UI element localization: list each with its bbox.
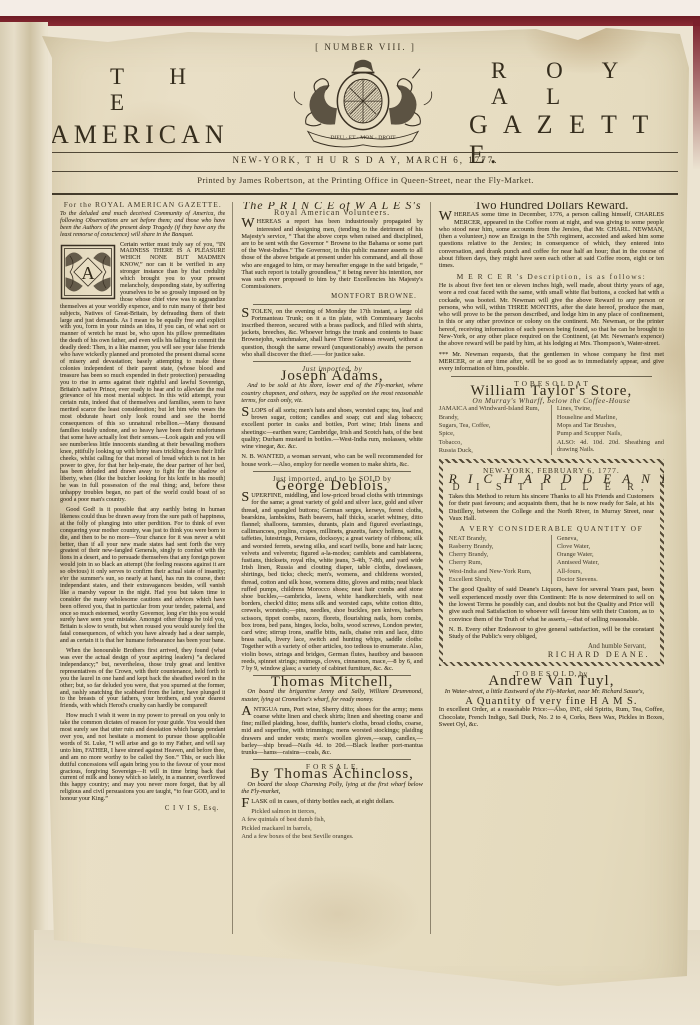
list-item: Russia Duck, [439, 447, 546, 454]
list-item: Brandy, [439, 414, 546, 421]
book-spine [0, 22, 48, 1025]
advertiser-trade: D I S T I L L E R, [449, 484, 654, 491]
list-item: Sugars, Tea, Coffee, [439, 422, 546, 429]
reward-paragraph: He is about five feet ten or eleven inch… [439, 282, 664, 348]
ad-closing-signature: RICHARD DEANE. [449, 651, 650, 658]
woodcut-initial-A-icon: A [60, 244, 116, 300]
bordered-advertisement: NEW-YORK, FEBRUARY 6, 1777. R I C H A R … [439, 459, 664, 666]
scan-background-strip [0, 0, 700, 16]
drop-cap: F [241, 798, 251, 810]
advertiser-name: William Taylor's Store, [439, 388, 664, 395]
ad-intro: On board the sloop Charming Polly, lying… [241, 781, 422, 795]
section-rule [253, 361, 410, 362]
title-royal: R O Y A L [491, 58, 683, 110]
drop-cap: S [241, 407, 251, 419]
column-right: Two Hundred Dollars Reward. WHEREAS some… [430, 202, 664, 934]
list-item: ALSO: 4d. 10d. 20d. Sheathing and drawin… [557, 439, 664, 454]
newspaper-page: [ NUMBER VIII. ] T H E AMERICAN [38, 24, 693, 1014]
liquor-list-right: Geneva,Clove Water,Orange Water,Anniseed… [551, 535, 654, 585]
list-item: Pump and Scupper Nails, [557, 430, 664, 437]
paragraph-text: HEREAS a report has been industriously p… [241, 218, 422, 290]
ad-body: SLOPS of all sorts; men's hats and shoes… [241, 407, 422, 450]
paragraph-text: LOPS of all sorts; men's hats and shoes,… [241, 407, 422, 450]
article-paragraph: How much I wish it were in my power to p… [60, 713, 225, 803]
list-item: Tobacco, [439, 439, 546, 446]
goods-list: JAMAICA and Windward-Island Rum,Brandy,S… [439, 405, 664, 455]
list-item: Cherry Brandy, [449, 551, 546, 558]
masthead-left: T H E AMERICAN [48, 56, 263, 150]
advertiser-name: R I C H A R D D E A N E, [449, 475, 654, 482]
list-item: Doctor Stevens. [557, 576, 654, 583]
paragraph-text: HEREAS some time in December, 1776, a pe… [439, 211, 664, 269]
masthead: T H E AMERICAN [48, 56, 683, 150]
ad-intro: In Water-street, a little Eastward of th… [439, 688, 664, 695]
advertiser-name: George Deblois, [241, 483, 422, 490]
section-rule [253, 471, 410, 472]
column-left: For the ROYAL AMERICAN GAZETTE. To the d… [60, 202, 225, 934]
ad-item-list: Pickled salmon in tierces,A few quintals… [241, 808, 422, 840]
book-cover-edge [0, 16, 700, 26]
list-item: Spice, [439, 430, 546, 437]
list-item: Anniseed Water, [557, 559, 654, 566]
ad-nb: N. B. Every other Endeavour to give gene… [449, 626, 654, 641]
masthead-crest: DIEU · ET · MON · DROIT [263, 56, 463, 150]
paragraph-text: UPERFINE, middling, and low-priced broad… [241, 492, 422, 672]
list-item: Clove Water, [557, 543, 654, 550]
notice-paragraph: WHEREAS a report has been industriously … [241, 218, 422, 290]
list-item: Geneva, [557, 535, 654, 542]
paragraph-text: In excellent Order, at a reasonable Pric… [439, 706, 664, 728]
drop-cap: S [241, 308, 251, 320]
list-item: And a few boxes of the best Seville oran… [241, 833, 422, 840]
article-paragraph: When the honourable Brothers first arriv… [60, 648, 225, 710]
drop-cap: W [439, 211, 454, 223]
svg-text:DIEU · ET · MON · DROIT: DIEU · ET · MON · DROIT [330, 135, 396, 141]
rule [52, 152, 678, 153]
title-the: T H E [110, 64, 263, 116]
goods-list-right: Lines, Twine,Houseline and Marline,Mops … [551, 405, 664, 455]
section-rule [451, 376, 652, 377]
list-item: Pickled salmon in tierces, [241, 808, 422, 815]
ad-intro: On board the brigantine Jenny and Sally,… [241, 688, 422, 702]
list-item: Excellent Shrub, [449, 576, 546, 583]
title-american: AMERICAN [50, 120, 263, 150]
advertiser-name: Thomas Mitchell, [241, 679, 422, 686]
list-item: A few quintals of best dumb fish, [241, 816, 422, 823]
list-item: All-fours, [557, 568, 654, 575]
quantity-line: A VERY CONSIDERABLE QUANTITY OF [449, 525, 654, 532]
ad-body: ANTIGUA rum, Port wine, Sherry ditto; sh… [241, 706, 422, 756]
list-item: Mops and Tar Brushes, [557, 422, 664, 429]
book-cover-edge-right [693, 20, 700, 170]
drop-cap: W [241, 218, 256, 230]
article-paragraph: Good God! is it possible that any earthl… [60, 507, 225, 645]
columns: For the ROYAL AMERICAN GAZETTE. To the d… [60, 202, 664, 934]
issue-number: [ NUMBER VIII. ] [38, 42, 693, 52]
column-middle: The P R I N C E of W A L E S's Royal Ame… [232, 202, 422, 934]
royal-coat-of-arms-icon: DIEU · ET · MON · DROIT [268, 57, 458, 149]
article-dedication: To the deluded and much deceived Communi… [60, 211, 225, 239]
description-subhead: M E R C E R 's Description, is as follow… [439, 273, 664, 280]
rule [52, 171, 678, 172]
list-item: West-India and New-York Rum, [449, 568, 546, 575]
ad-intro: And to be sold at his store, lower end o… [241, 382, 422, 404]
goods-list-left: JAMAICA and Windward-Island Rum,Brandy,S… [439, 405, 546, 455]
ad-nb: N. B. WANTED, a woman servant, who can b… [241, 453, 422, 467]
stolen-notice: STOLEN, on the evening of Monday the 17t… [241, 308, 422, 358]
hams-line: A Quantity of very fine H A M S. [439, 698, 664, 705]
masthead-right: R O Y A L G A Z E T T E. [463, 56, 683, 150]
ad-body: FLASK oil in cases, of thirty bottles ea… [241, 798, 422, 805]
reward-headline: Two Hundred Dollars Reward. [439, 202, 664, 209]
article-signature: C I V I S, Esq. [60, 806, 219, 813]
ad-body: The good Quality of said Deane's Liquors… [449, 586, 654, 622]
ad-body: In excellent Order, at a reasonable Pric… [439, 706, 664, 728]
paragraph-text: TOLEN, on the evening of Monday the 17th… [241, 308, 422, 358]
ad-body: SUPERFINE, middling, and low-priced broa… [241, 492, 422, 672]
dateline: NEW-YORK, T H U R S D A Y, MARCH 6, 1777… [38, 155, 693, 165]
list-item: Orange Water, [557, 551, 654, 558]
article-paragraph: A Certain writer must truly say of you, … [60, 242, 225, 504]
list-item: Rasberry Brandy, [449, 543, 546, 550]
advertiser-name: By Thomas Achincloss, [241, 771, 422, 778]
advertiser-name: Andrew Van Tuyl, [439, 678, 664, 685]
imprint-line: Printed by James Robertson, at the Print… [38, 175, 693, 185]
liquor-list: NEAT Brandy,Rasberry Brandy,Cherry Brand… [449, 535, 654, 585]
scanned-newspaper-page: { "masthead": { "number": "[ NUMBER VIII… [0, 0, 700, 1025]
list-item: Cherry Rum, [449, 559, 546, 566]
advertiser-name: Joseph Adams, [241, 373, 422, 380]
liquor-list-left: NEAT Brandy,Rasberry Brandy,Cherry Brand… [449, 535, 546, 585]
list-item: Houseline and Marline, [557, 414, 664, 421]
list-item: Pickled mackarel in barrels, [241, 825, 422, 832]
reward-paragraph: WHEREAS some time in December, 1776, a p… [439, 211, 664, 269]
section-rule [253, 304, 410, 305]
rule [52, 193, 678, 195]
article-heading: For the ROYAL AMERICAN GAZETTE. [60, 202, 225, 209]
reward-note: *** Mr. Newman requests, that the gentle… [439, 351, 664, 373]
paragraph-text: NTIGUA rum, Port wine, Sherry ditto; sho… [241, 706, 422, 756]
ad-intro: On Murray's Wharff, below the Coffee-Hou… [439, 397, 664, 404]
section-rule [253, 759, 410, 760]
list-item: Lines, Twine, [557, 405, 664, 412]
drop-cap: A [241, 706, 253, 718]
list-item: JAMAICA and Windward-Island Rum, [439, 405, 546, 412]
drop-cap: S [241, 492, 251, 504]
ad-body: Takes this Method to return his sincere … [449, 493, 654, 522]
svg-text:A: A [82, 263, 95, 283]
list-item: NEAT Brandy, [449, 535, 546, 542]
paragraph-text: LASK oil in cases, of thirty bottles eac… [251, 798, 394, 805]
notice-signature: MONTFORT BROWNE. [241, 293, 416, 300]
